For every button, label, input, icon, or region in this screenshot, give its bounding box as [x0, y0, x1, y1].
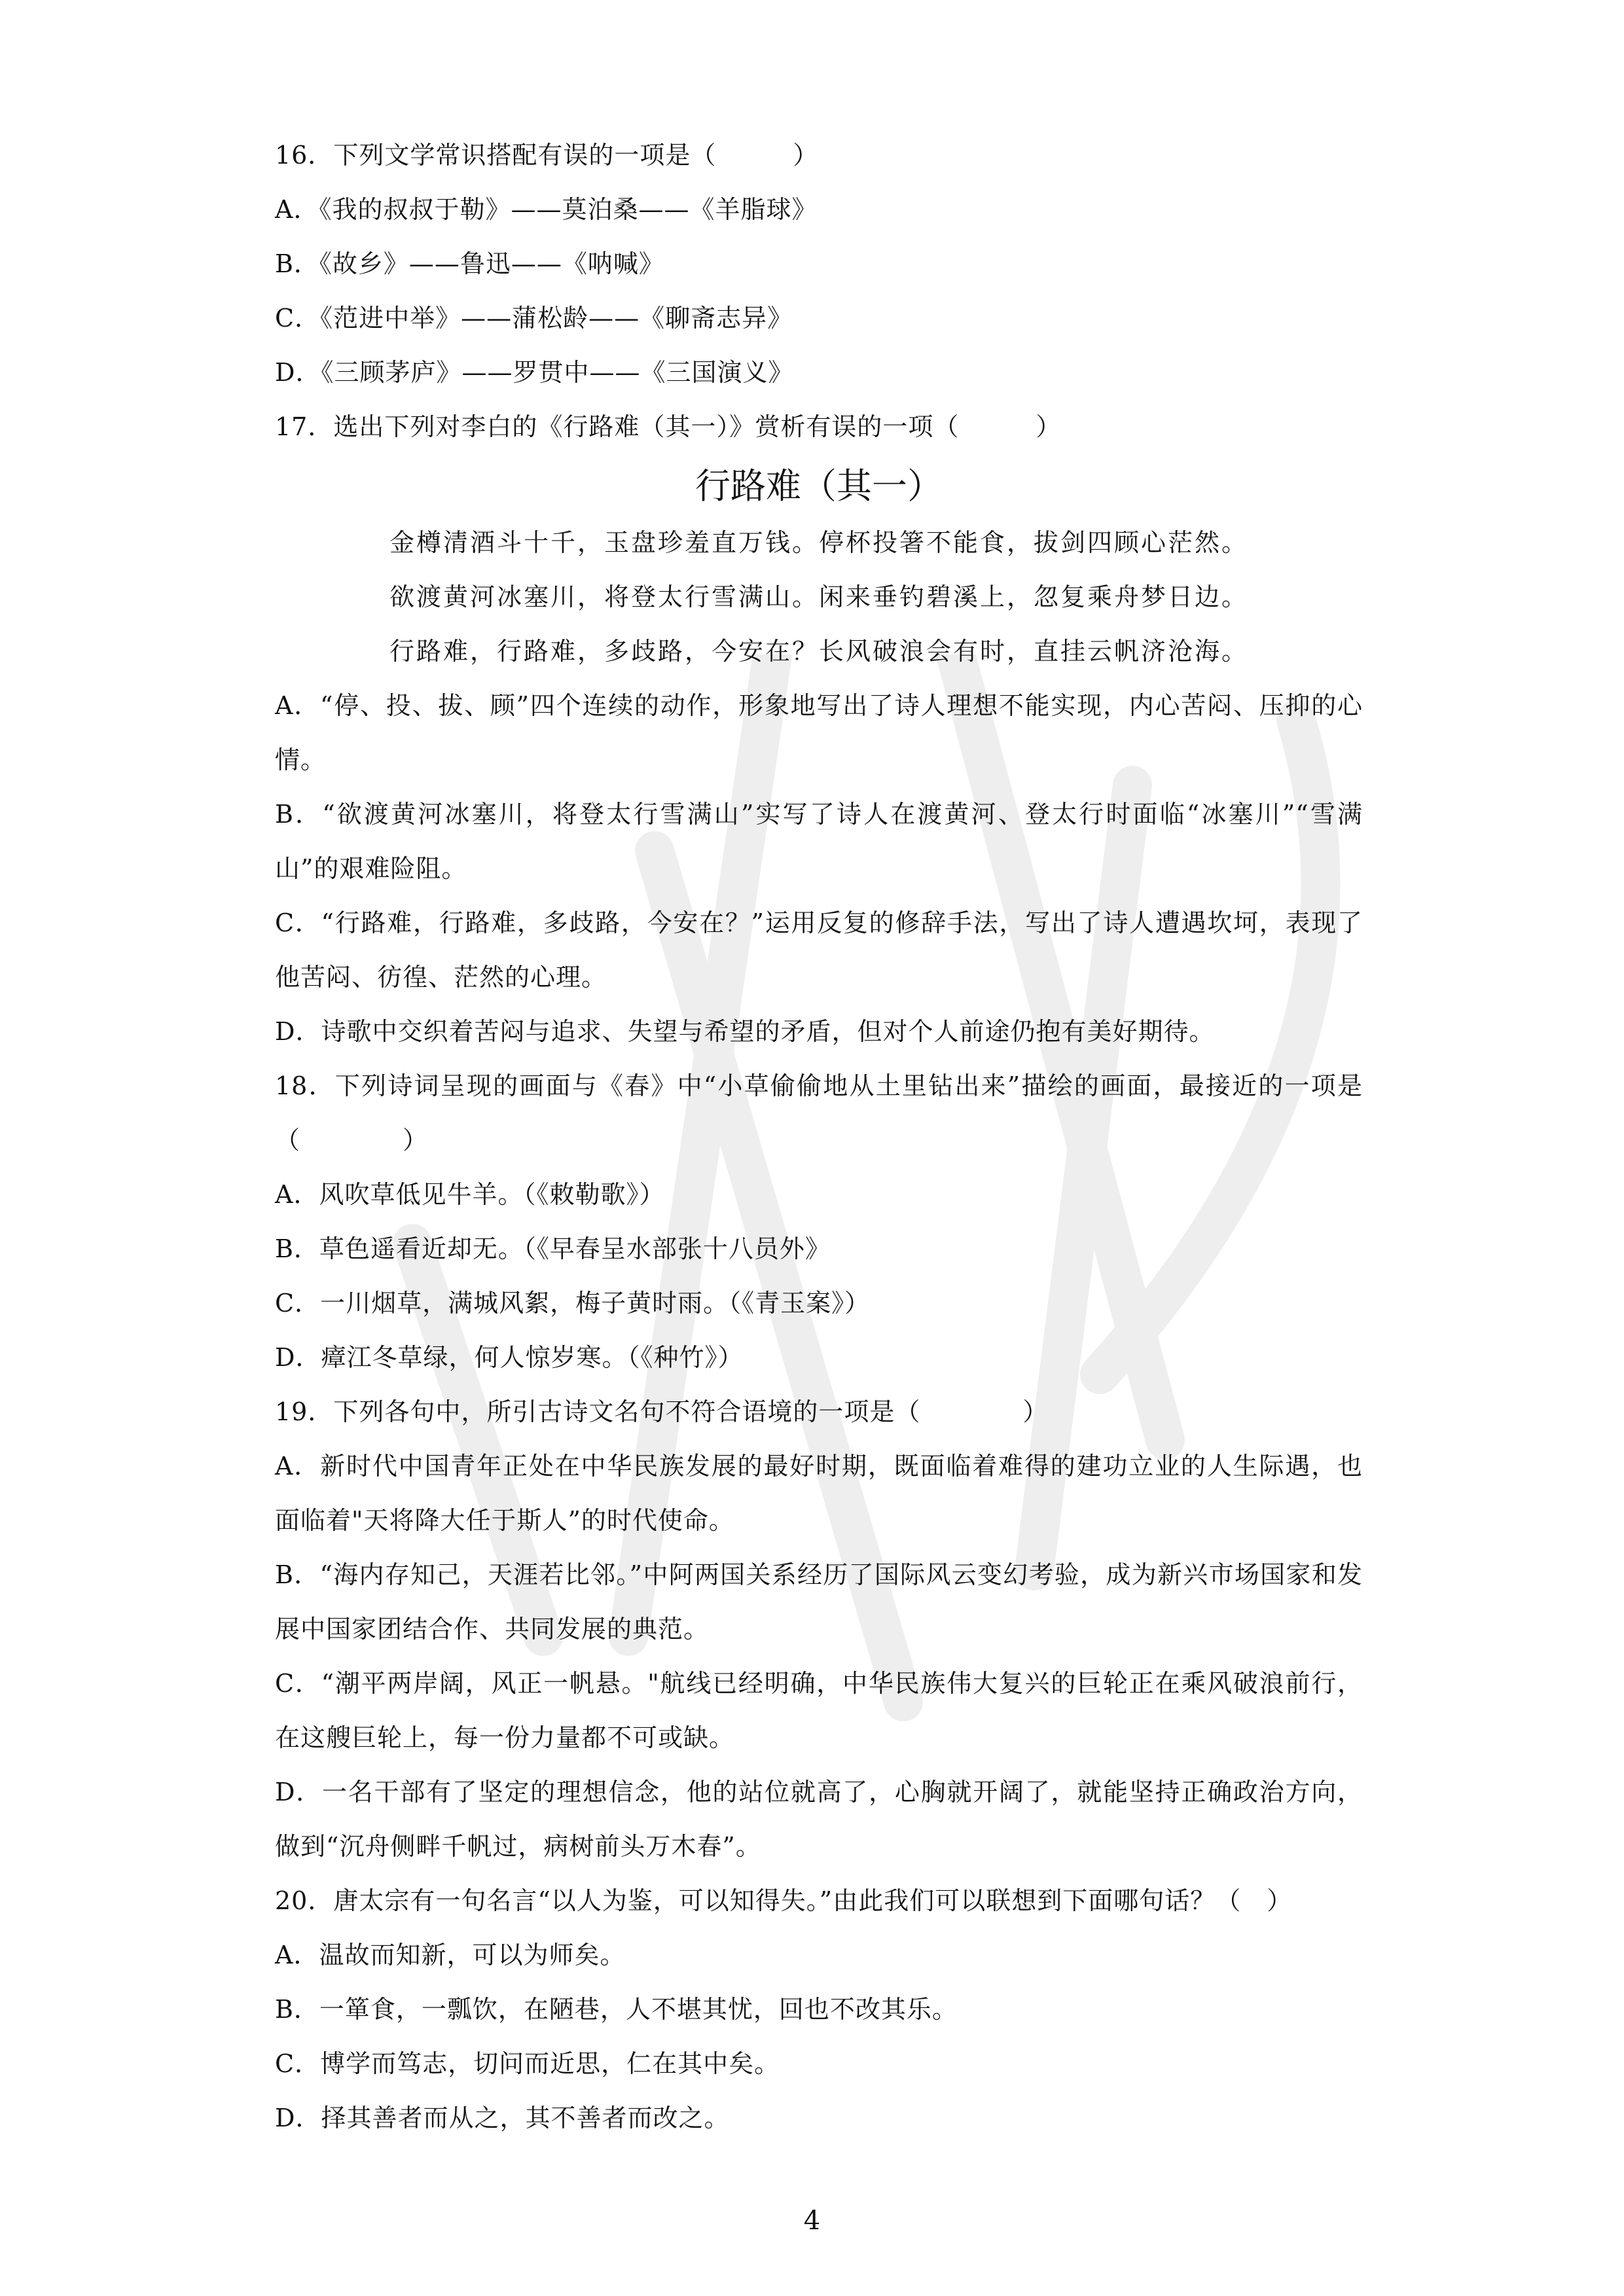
q20-stem: 20．唐太宗有一句名言“以人为鉴，可以知得失。”由此我们可以联想到下面哪句话？（…: [275, 1874, 1363, 1928]
poem-line: 欲渡黄河冰塞川，将登太行雪满山。闲来垂钓碧溪上，忽复乘舟梦日边。: [275, 570, 1363, 624]
q18-stem: 18．下列诗词呈现的画面与《春》中“小草偷偷地从土里钻出来”描绘的画面，最接近的…: [275, 1059, 1363, 1168]
q16-option-d: D．《三顾茅庐》——罗贯中——《三国演义》: [275, 346, 1363, 400]
q16-option-c: C．《范进中举》——蒲松龄——《聊斋志异》: [275, 291, 1363, 346]
q18-option-c: C．一川烟草，满城风絮，梅子黄时雨。（《青玉案》）: [275, 1276, 1363, 1331]
q17-option-d: D．诗歌中交织着苦闷与追求、失望与希望的矛盾，但对个人前途仍抱有美好期待。: [275, 1005, 1363, 1059]
q20-option-b: B．一箪食，一瓢饮，在陋巷，人不堪其忧，回也不改其乐。: [275, 1982, 1363, 2037]
q20-option-c: C．博学而笃志，切问而近思，仁在其中矣。: [275, 2037, 1363, 2091]
q17-option-b: B．“欲渡黄河冰塞川，将登太行雪满山”实写了诗人在渡黄河、登太行时面临“冰塞川”…: [275, 787, 1363, 896]
q19-option-d: D．一名干部有了坚定的理想信念，他的站位就高了，心胸就开阔了，就能坚持正确政治方…: [275, 1765, 1363, 1874]
q20-option-d: D．择其善者而从之，其不善者而改之。: [275, 2091, 1363, 2145]
q19-option-a: A．新时代中国青年正处在中华民族发展的最好时期，既面临着难得的建功立业的人生际遇…: [275, 1439, 1363, 1548]
q17-option-a: A．“停、投、拔、顾”四个连续的动作，形象地写出了诗人理想不能实现，内心苦闷、压…: [275, 679, 1363, 787]
exam-page: 16．下列文学常识搭配有误的一项是（ ） A．《我的叔叔于勒》——莫泊桑——《羊…: [275, 128, 1363, 2145]
q16-option-b: B．《故乡》——鲁迅——《呐喊》: [275, 237, 1363, 291]
q19-option-b: B．“海内存知己，天涯若比邻。”中阿两国关系经历了国际风云变幻考验，成为新兴市场…: [275, 1548, 1363, 1657]
q19-stem: 19．下列各句中，所引古诗文名句不符合语境的一项是（ ）: [275, 1385, 1363, 1439]
q17-option-c: C．“行路难，行路难，多歧路，今安在？”运用反复的修辞手法，写出了诗人遭遇坎坷，…: [275, 896, 1363, 1005]
page-number: 4: [0, 2206, 1624, 2236]
poem-line: 行路难，行路难，多歧路，今安在？长风破浪会有时，直挂云帆济沧海。: [275, 624, 1363, 679]
poem-line: 金樽清酒斗十千，玉盘珍羞直万钱。停杯投箸不能食，拔剑四顾心茫然。: [275, 516, 1363, 570]
q19-option-c: C．“潮平两岸阔，风正一帆悬。"航线已经明确，中华民族伟大复兴的巨轮正在乘风破浪…: [275, 1657, 1363, 1765]
q18-option-a: A．风吹草低见牛羊。（《敕勒歌》）: [275, 1168, 1363, 1222]
poem-title: 行路难（其一）: [275, 457, 1363, 516]
q18-option-b: B．草色遥看近却无。（《早春呈水部张十八员外》: [275, 1222, 1363, 1276]
q17-stem: 17．选出下列对李白的《行路难（其一）》赏析有误的一项（ ）: [275, 400, 1363, 454]
q16-stem: 16．下列文学常识搭配有误的一项是（ ）: [275, 128, 1363, 183]
q18-option-d: D．瘴江冬草绿，何人惊岁寒。（《种竹》）: [275, 1331, 1363, 1385]
q20-option-a: A．温故而知新，可以为师矣。: [275, 1928, 1363, 1982]
q16-option-a: A．《我的叔叔于勒》——莫泊桑——《羊脂球》: [275, 183, 1363, 237]
